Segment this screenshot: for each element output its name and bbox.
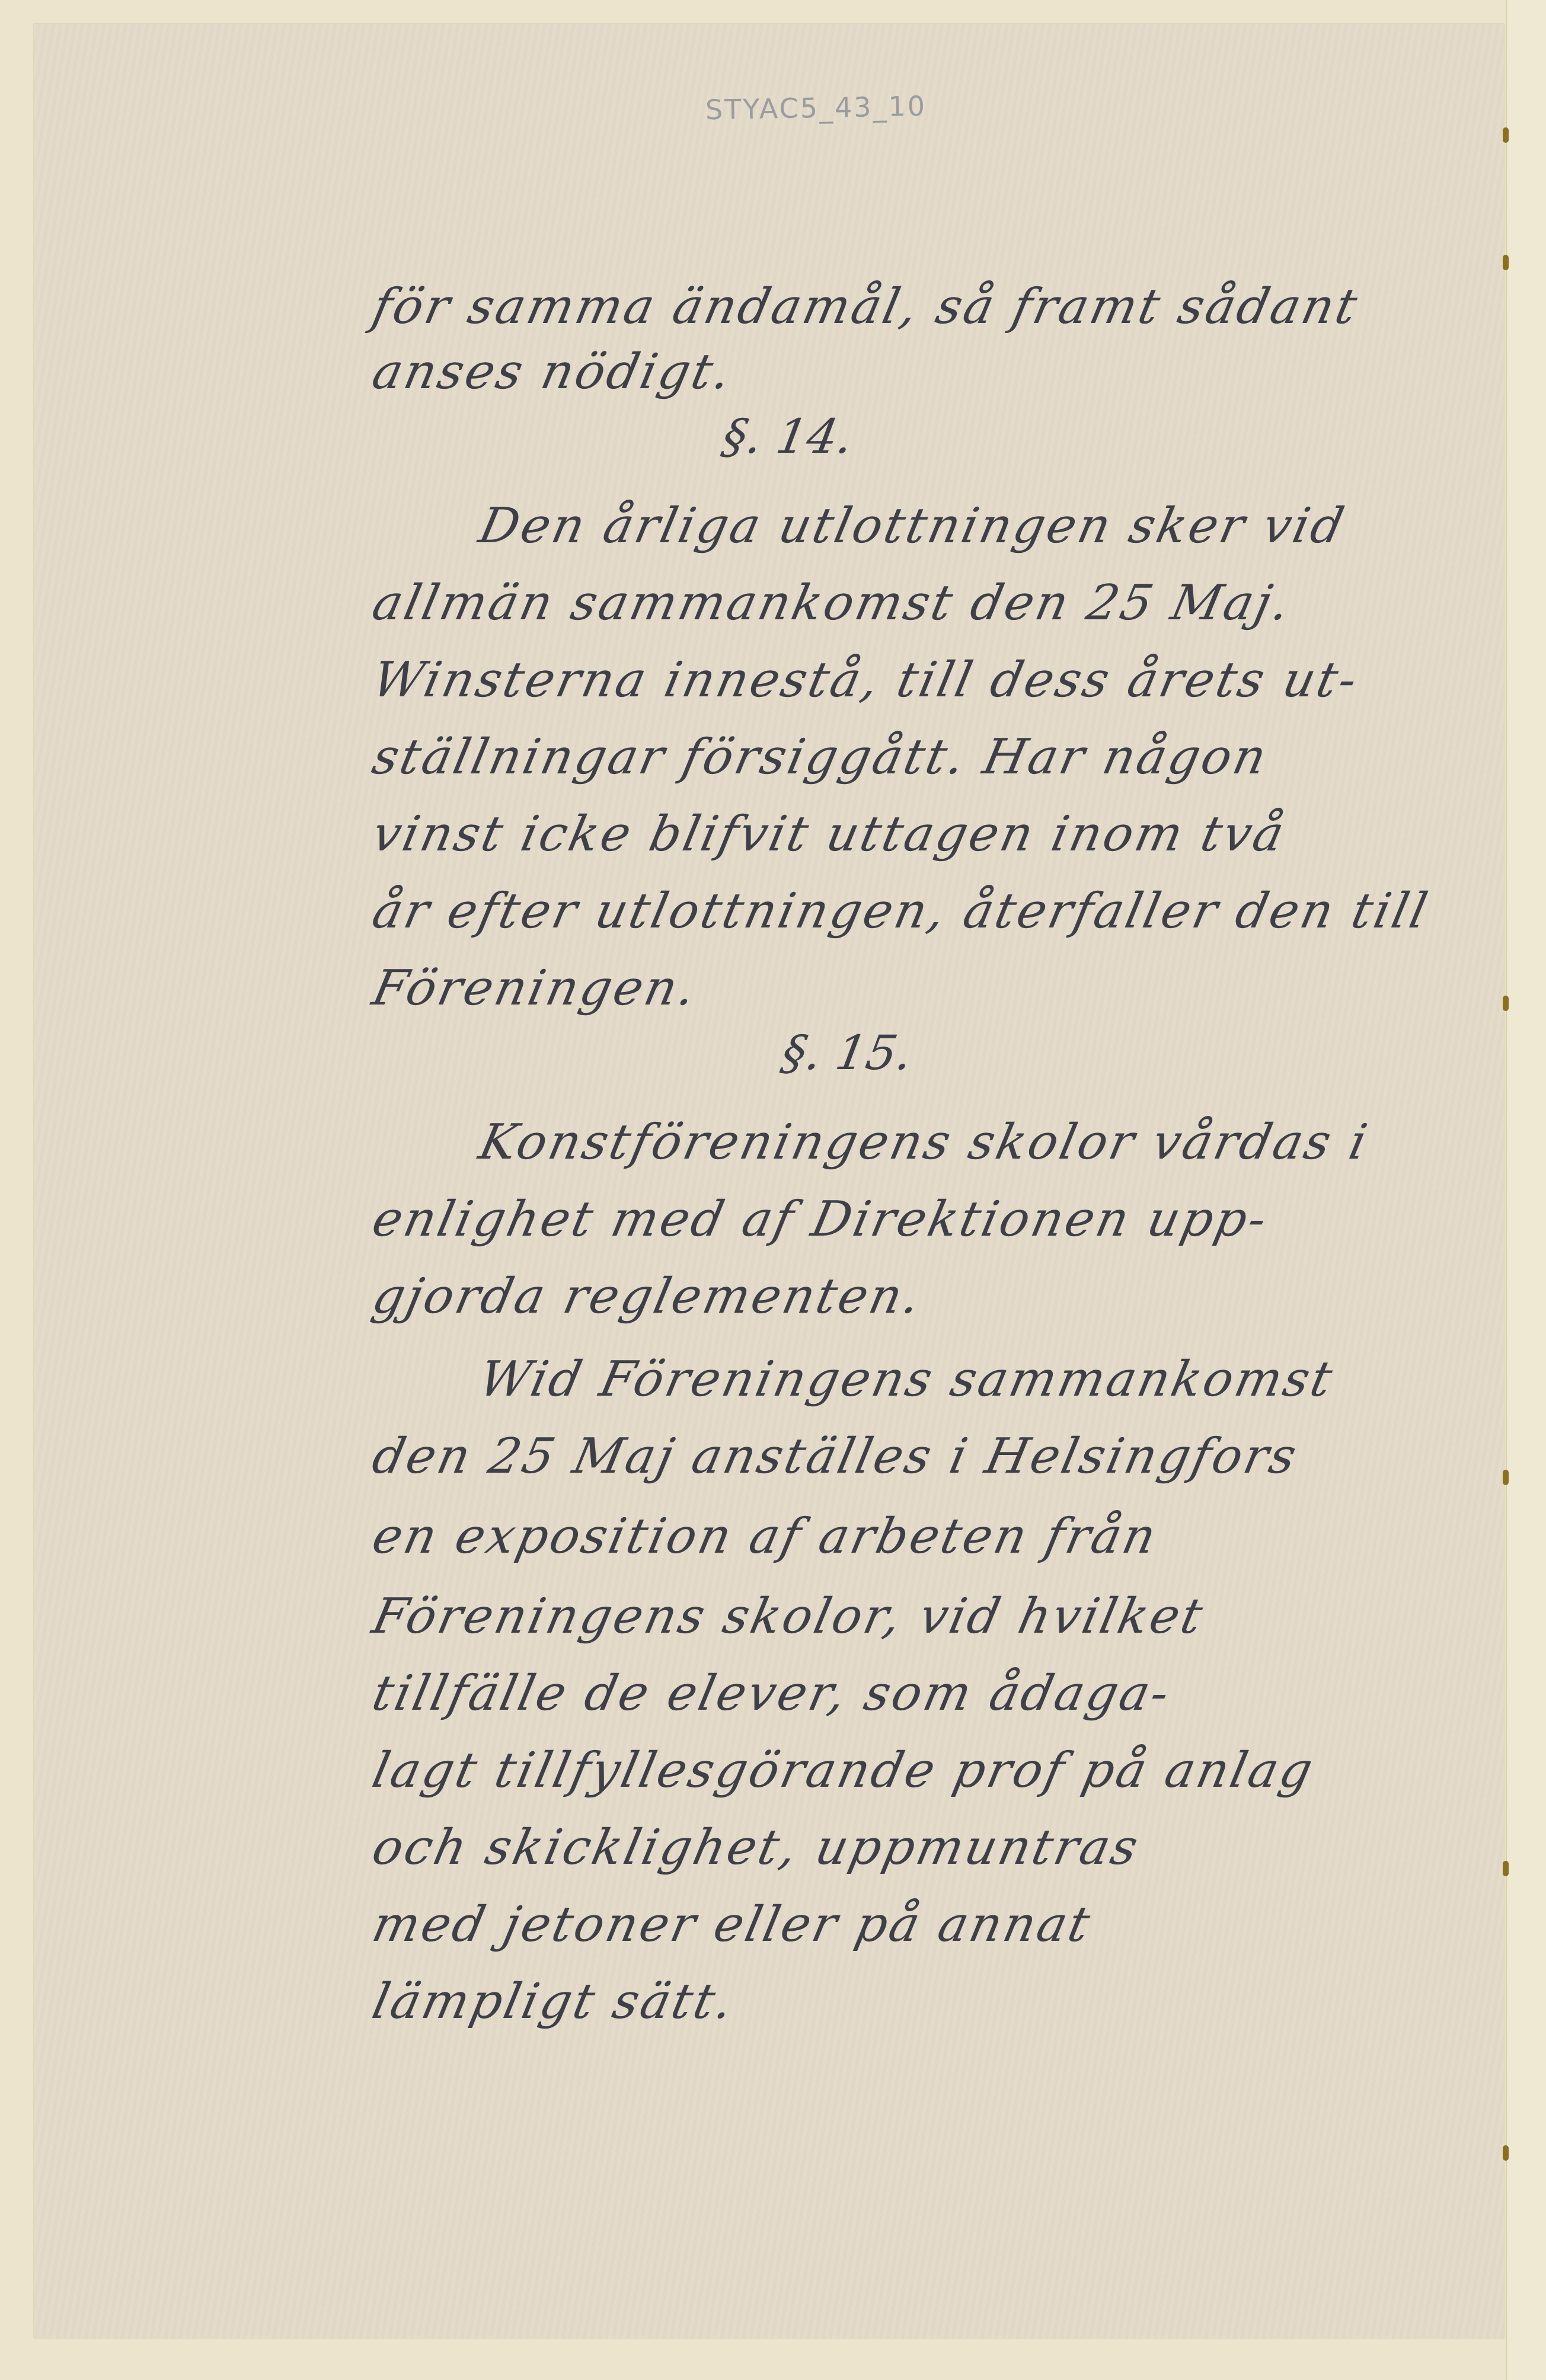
section-heading-15: §. 15. xyxy=(778,1025,916,1080)
section-heading-14: §. 14. xyxy=(718,409,857,464)
text-line: Den årliga utlottningen sker vid xyxy=(474,498,1351,554)
manuscript-page xyxy=(34,24,1504,2338)
text-line: Winsterna innestå, till dess årets ut- xyxy=(368,652,1364,708)
binding-pin-mark xyxy=(1503,996,1509,1011)
text-line: Föreningen. xyxy=(368,960,702,1016)
text-line: och skicklighet, uppmuntras xyxy=(368,1819,1145,1876)
text-line: Wid Föreningens sammankomst xyxy=(474,1351,1339,1407)
text-line: gjorda reglementen. xyxy=(368,1268,928,1325)
text-line: lämpligt sätt. xyxy=(368,1973,740,2030)
text-line: ställningar försiggått. Har någon xyxy=(368,729,1273,785)
binding-pin-mark xyxy=(1503,1861,1509,1876)
text-line: en exposition af arbeten från xyxy=(368,1508,1163,1565)
text-line: år efter utlottningen, återfaller den ti… xyxy=(368,883,1435,939)
text-line: lagt tillfyllesgörande prof på anlag xyxy=(368,1742,1320,1799)
archive-reference-number: STYAC5_43_10 xyxy=(705,90,927,126)
text-line: med jetoner eller på annat xyxy=(368,1896,1097,1953)
text-line: Föreningens skolor, vid hvilket xyxy=(368,1588,1209,1645)
text-line: vinst icke blifvit uttagen inom två xyxy=(368,806,1291,862)
binding-pin-mark xyxy=(1503,1470,1509,1485)
text-line: Konstföreningens skolor vårdas i xyxy=(474,1114,1374,1170)
binding-pin-mark xyxy=(1503,127,1509,143)
text-line: anses nödigt. xyxy=(368,344,738,400)
text-line: för samma ändamål, så framt sådant xyxy=(368,279,1364,335)
binding-pin-mark xyxy=(1503,255,1509,270)
binding-pin-mark xyxy=(1503,2145,1509,2161)
text-line: den 25 Maj anställes i Helsingfors xyxy=(368,1428,1304,1485)
text-line: enlighet med af Direktionen upp- xyxy=(368,1191,1274,1247)
text-line: tillfälle de elever, som ådaga- xyxy=(368,1665,1176,1722)
backing-board xyxy=(1506,0,1546,2380)
text-line: allmän sammankomst den 25 Maj. xyxy=(368,575,1297,631)
